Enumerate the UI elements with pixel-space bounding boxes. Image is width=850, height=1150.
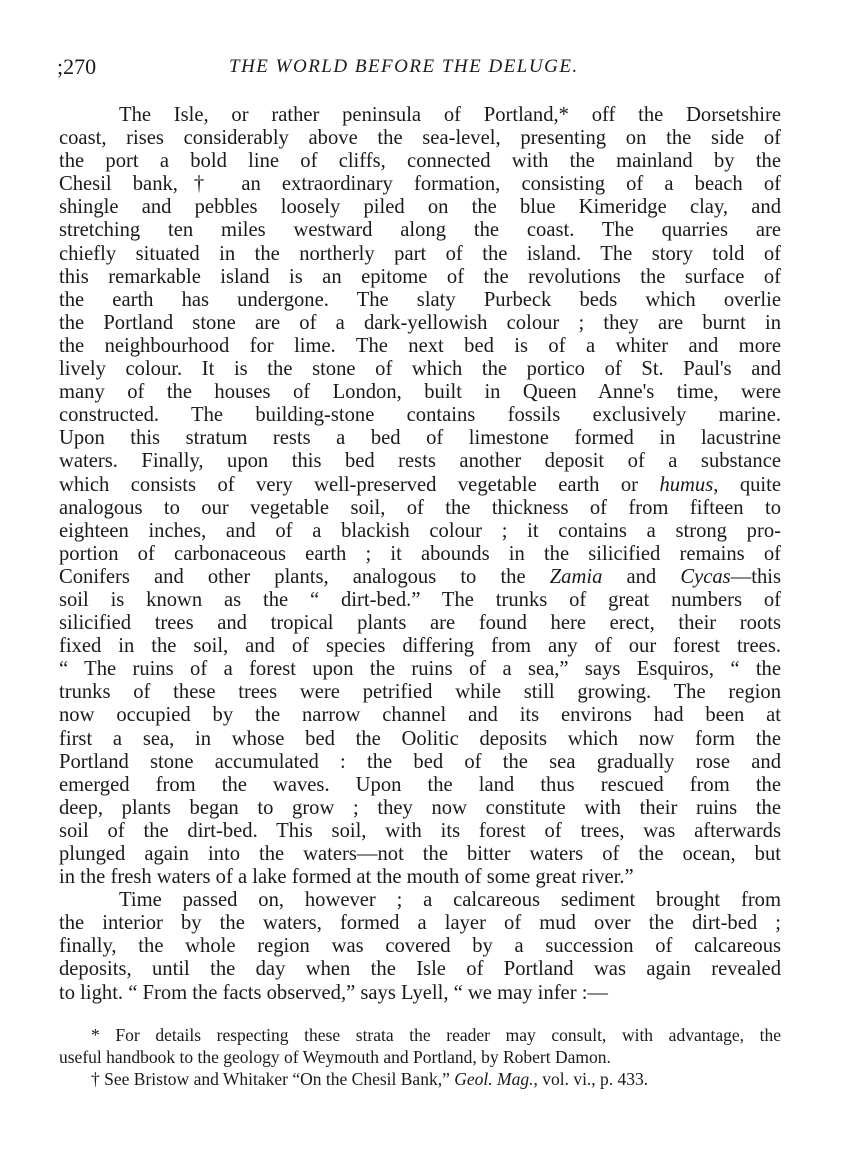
text-line: the earth has undergone. The slaty Purbe…	[59, 289, 781, 312]
text-line: shingle and pebbles loosely piled on the…	[59, 196, 781, 219]
footnote-asterisk-line: * For details respecting these strata th…	[59, 1024, 781, 1046]
text-line: “ The ruins of a forest upon the ruins o…	[59, 658, 781, 681]
running-title: THE WORLD BEFORE THE DELUGE.	[229, 56, 579, 78]
text-line: Portland stone accumulated : the bed of …	[59, 751, 781, 774]
text-line: portion of carbonaceous earth ; it aboun…	[59, 543, 781, 566]
page-number: ;270	[57, 54, 96, 80]
page-header: ;270 THE WORLD BEFORE THE DELUGE.	[57, 54, 783, 84]
text-line: Upon this stratum rests a bed of limesto…	[59, 427, 781, 450]
text-line: this remarkable island is an epitome of …	[59, 266, 781, 289]
paragraph-2: Time passed on, however ; a calcareous s…	[59, 889, 781, 1004]
text-line: plunged again into the waters—not the bi…	[59, 843, 781, 866]
text-line: deep, plants began to grow ; they now co…	[59, 797, 781, 820]
text-line: silicified trees and tropical plants are…	[59, 612, 781, 635]
body-text: The Isle, or rather peninsula of Portlan…	[59, 104, 781, 1005]
text-line: first a sea, in whose bed the Oolitic de…	[59, 728, 781, 751]
text-line: fixed in the soil, and of species differ…	[59, 635, 781, 658]
text-line: Conifers and other plants, analogous to …	[59, 566, 781, 589]
text-line: coast, rises considerably above the sea-…	[59, 127, 781, 150]
text-line: deposits, until the day when the Isle of…	[59, 958, 781, 981]
footnote-dagger-line: † See Bristow and Whitaker “On the Chesi…	[59, 1068, 781, 1090]
text-line: analogous to our vegetable soil, of the …	[59, 497, 781, 520]
text-line: the Portland stone are of a dark-yellowi…	[59, 312, 781, 335]
text-line: emerged from the waves. Upon the land th…	[59, 774, 781, 797]
text-line: waters. Finally, upon this bed rests ano…	[59, 450, 781, 473]
footnotes: * For details respecting these strata th…	[59, 1024, 781, 1090]
footnote-asterisk-line: useful handbook to the geology of Weymou…	[59, 1046, 781, 1068]
text-line: The Isle, or rather peninsula of Portlan…	[59, 104, 781, 127]
text-line: which consists of very well-preserved ve…	[59, 474, 781, 497]
text-line: Chesil bank,† an extraordinary formation…	[59, 173, 781, 196]
text-line: soil is known as the “ dirt-bed.” The tr…	[59, 589, 781, 612]
text-line: the port a bold line of cliffs, connecte…	[59, 150, 781, 173]
text-line: to light. “ From the facts observed,” sa…	[59, 982, 781, 1005]
paragraph-1: The Isle, or rather peninsula of Portlan…	[59, 104, 781, 889]
text-line: the interior by the waters, formed a lay…	[59, 912, 781, 935]
text-line: soil of the dirt-bed. This soil, with it…	[59, 820, 781, 843]
text-line: chiefly situated in the northerly part o…	[59, 243, 781, 266]
text-line: many of the houses of London, built in Q…	[59, 381, 781, 404]
text-line: stretching ten miles westward along the …	[59, 219, 781, 242]
text-line: in the fresh waters of a lake formed at …	[59, 866, 781, 889]
text-line: Time passed on, however ; a calcareous s…	[59, 889, 781, 912]
text-line: now occupied by the narrow channel and i…	[59, 704, 781, 727]
text-line: trunks of these trees were petrified whi…	[59, 681, 781, 704]
text-line: the neighbourhood for lime. The next bed…	[59, 335, 781, 358]
text-line: lively colour. It is the stone of which …	[59, 358, 781, 381]
text-line: constructed. The building-stone contains…	[59, 404, 781, 427]
text-line: finally, the whole region was covered by…	[59, 935, 781, 958]
text-line: eighteen inches, and of a blackish colou…	[59, 520, 781, 543]
